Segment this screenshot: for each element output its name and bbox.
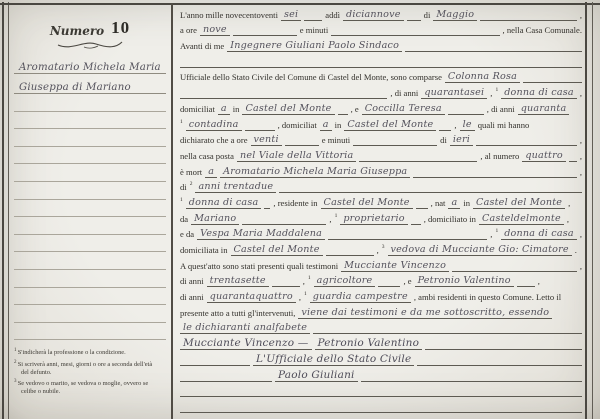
footnote-ref: 3 xyxy=(382,244,385,250)
handwritten-text: quarantasei xyxy=(421,87,487,99)
margin-blank-rule xyxy=(14,129,166,147)
handwritten-text: quarantaquattro xyxy=(207,291,296,303)
handwritten-text: Maggio xyxy=(433,9,477,21)
printed-text: , e xyxy=(351,104,359,115)
printed-text: quali mi hanno xyxy=(478,120,530,131)
handwritten-text: Castel del Monte xyxy=(242,103,334,115)
footnote-ref: 2 xyxy=(190,181,193,187)
printed-text: , xyxy=(490,229,492,240)
printed-text: , ambi residenti in questo Comune. Letto… xyxy=(414,292,561,303)
printed-text: Ufficiale dello Stato Civile del Comune … xyxy=(180,72,442,83)
handwritten-text: donna di casa xyxy=(501,87,577,99)
blank-field-line xyxy=(417,353,582,366)
printed-text: presente atto a tutti gl'intervenuti, xyxy=(180,308,295,319)
act-line: , di anniquarantasei,1donna di casa, xyxy=(180,83,582,99)
death-register-page: Numero 10 Aromatario Michela MariaGiusep… xyxy=(0,0,600,419)
act-line: e daVespa Maria Maddalena,1donna di casa… xyxy=(180,225,582,241)
margin-blank-rule xyxy=(14,200,166,218)
margin-blank-rule xyxy=(14,270,166,288)
printed-text: di xyxy=(440,135,447,146)
blank-field-line xyxy=(452,259,577,272)
blank-field-line xyxy=(413,165,577,178)
handwritten-text: sei xyxy=(281,9,301,21)
act-line: Avanti di meIngegnere Giuliani Paolo Sin… xyxy=(180,36,582,52)
printed-text: di anni xyxy=(180,276,204,287)
blank-field-line xyxy=(264,196,270,209)
margin-blank-rule xyxy=(14,112,166,130)
act-line: L'Ufficiale dello Stato Civile xyxy=(180,350,582,366)
act-line: nella casa postanel Viale della Vittoria… xyxy=(180,146,582,162)
handwritten-text: Mariano xyxy=(191,213,239,225)
handwritten-text: donna di casa xyxy=(501,228,577,240)
printed-text: da xyxy=(180,214,188,225)
handwritten-text: Mucciante Vincenzo — xyxy=(180,338,312,350)
printed-text: , xyxy=(329,214,331,225)
blank-field-line xyxy=(285,133,319,146)
act-number-header: Numero 10 xyxy=(14,8,166,38)
footnote: 1 S'indicherà la professione o la condiz… xyxy=(14,347,160,357)
act-line xyxy=(180,382,582,398)
footnotes: 1 S'indicherà la professione o la condiz… xyxy=(14,347,166,395)
margin-blank-rule xyxy=(14,164,166,182)
printed-text: A quest'atto sono stati presenti quali t… xyxy=(180,261,338,272)
act-line: L'anno mille novecentoventiseiaddìdician… xyxy=(180,5,582,21)
margin-name-line: Aromatario Michela Maria xyxy=(14,54,166,74)
act-line: A quest'atto sono stati presenti quali t… xyxy=(180,256,582,272)
margin-blank-rule xyxy=(14,235,166,253)
act-line: 1donna di casa, residente inCastel del M… xyxy=(180,193,582,209)
handwritten-text: proprietario xyxy=(340,213,407,225)
printed-text: , nella Casa Comunale. xyxy=(503,25,582,36)
printed-text: e da xyxy=(180,229,194,240)
handwritten-text: L'Ufficiale dello Stato Civile xyxy=(253,354,414,366)
act-line: domiciliata inCastel del Monte,3vedova d… xyxy=(180,240,582,256)
page-border-right-inner xyxy=(585,2,587,419)
printed-text: , xyxy=(580,135,582,146)
blank-field-line xyxy=(180,384,582,397)
printed-text: e minuti xyxy=(322,135,350,146)
printed-text: di anni xyxy=(180,292,204,303)
printed-text: nella casa posta xyxy=(180,151,234,162)
handwritten-text: viene dai testimoni e da me sottoscritto… xyxy=(298,307,552,319)
handwritten-text: Paolo Giuliani xyxy=(275,370,358,382)
printed-text: , xyxy=(580,167,582,178)
footnote-ref: 1 xyxy=(495,228,498,234)
printed-text: , nat xyxy=(431,198,446,209)
handwritten-text: donna di casa xyxy=(186,197,262,209)
blank-field-line xyxy=(180,86,387,99)
margin-blank-rule xyxy=(14,182,166,200)
printed-text: in xyxy=(335,120,342,131)
handwritten-text: Castel del Monte xyxy=(321,197,413,209)
margin-blank-rule xyxy=(14,147,166,165)
blank-field-line xyxy=(279,180,582,193)
printed-text: . xyxy=(575,245,577,256)
margin-blank-rule xyxy=(14,217,166,235)
handwritten-text: a xyxy=(218,103,230,115)
footnote-text: Si scriverà anni, mesi, giorni o ore a s… xyxy=(18,361,152,376)
blank-field-line xyxy=(180,400,582,413)
act-line: di anniquarantaquattro,1guardia campestr… xyxy=(180,287,582,303)
blank-field-line xyxy=(180,353,250,366)
act-line: domiciliatainCastel del Monte, eCoccilla… xyxy=(180,99,582,115)
act-line: a orenovee minuti, nella Casa Comunale. xyxy=(180,21,582,37)
footnote-ref: 1 xyxy=(180,197,183,203)
blank-field-line xyxy=(407,8,421,21)
blank-field-line xyxy=(361,369,582,382)
numero-value: 10 xyxy=(111,18,130,38)
handwritten-text: trentasette xyxy=(207,275,269,287)
act-line xyxy=(180,397,582,413)
handwritten-text: Castel del Monte xyxy=(231,244,323,256)
handwritten-text: vedova di Mucciante Gio: Cimatore xyxy=(388,244,572,256)
printed-text: , xyxy=(580,88,582,99)
blank-field-line xyxy=(359,149,477,162)
blank-field-line xyxy=(416,196,428,209)
handwritten-text: guardia campestre xyxy=(310,291,411,303)
printed-text: , xyxy=(490,88,492,99)
blank-field-line xyxy=(180,369,272,382)
handwritten-text: Colonna Rosa xyxy=(445,71,520,83)
handwritten-text: diciannove xyxy=(343,9,404,21)
footnote-ref: 1 xyxy=(308,275,311,281)
act-line: di annitrentasette,1agricoltore, ePetron… xyxy=(180,272,582,288)
printed-text: dichiarato che a ore xyxy=(180,135,248,146)
footnote: 3 Se vedovo o marito, se vedova o moglie… xyxy=(14,378,160,395)
handwritten-text: Castel del Monte xyxy=(473,197,565,209)
printed-text: , domiciliat xyxy=(278,120,317,131)
printed-text: Avanti di me xyxy=(180,41,224,52)
printed-text: a ore xyxy=(180,25,197,36)
blank-field-line xyxy=(304,8,322,21)
blank-field-line xyxy=(480,8,577,21)
blank-field-line xyxy=(411,212,421,225)
blank-field-line xyxy=(233,23,297,36)
handwritten-text: le xyxy=(460,119,475,131)
blank-field-line xyxy=(517,274,535,287)
blank-field-line xyxy=(328,227,487,240)
printed-text: domiciliata in xyxy=(180,245,228,256)
act-line: 1contadina, domiciliatainCastel del Mont… xyxy=(180,115,582,131)
blank-field-line xyxy=(425,337,582,350)
printed-text: , di anni xyxy=(487,104,515,115)
margin-blank-rule xyxy=(14,323,166,341)
printed-text: , residente in xyxy=(273,198,317,209)
printed-text: domiciliat xyxy=(180,104,215,115)
margin-blank-rule xyxy=(14,252,166,270)
printed-text: e minuti xyxy=(300,25,328,36)
handwritten-text: Casteldelmonte xyxy=(479,213,564,225)
act-line: presente atto a tutti gl'intervenuti,vie… xyxy=(180,303,582,319)
act-line: di2anni trentadue xyxy=(180,178,582,194)
printed-text: , xyxy=(454,120,456,131)
printed-text: , xyxy=(538,276,540,287)
handwritten-text: a xyxy=(448,197,460,209)
act-line: le dichiaranti analfabete xyxy=(180,319,582,335)
handwritten-text: Castel del Monte xyxy=(344,119,436,131)
printed-text: di xyxy=(180,182,187,193)
handwritten-text: quaranta xyxy=(518,103,570,115)
blank-field-line xyxy=(476,133,577,146)
act-line: daMariano,1proprietario, domiciliato inC… xyxy=(180,209,582,225)
margin-blank-lines xyxy=(14,94,166,340)
act-line: dichiarato che a oreventie minutidiieri, xyxy=(180,131,582,147)
margin-blank-rule xyxy=(14,94,166,112)
margin-blank-rule xyxy=(14,305,166,323)
act-line: Mucciante Vincenzo —Petronio Valentino xyxy=(180,334,582,350)
footnote-ref: 1 xyxy=(335,213,338,219)
act-line: Ufficiale dello Stato Civile del Comune … xyxy=(180,68,582,84)
margin-name-lines: Aromatario Michela MariaGiuseppa di Mari… xyxy=(14,54,166,94)
footnote-text: S'indicherà la professione o la condizio… xyxy=(18,349,126,356)
blank-field-line xyxy=(180,55,582,68)
blank-field-line xyxy=(448,102,484,115)
handwritten-text: contadina xyxy=(186,119,242,131)
page-border-left-inner xyxy=(8,2,9,419)
handwritten-text: venti xyxy=(251,134,282,146)
printed-text: , domiciliato in xyxy=(424,214,476,225)
blank-field-line xyxy=(405,39,582,52)
printed-text: in xyxy=(463,198,470,209)
blank-field-line xyxy=(272,274,300,287)
printed-text: , xyxy=(580,10,582,21)
blank-field-line xyxy=(326,243,374,256)
footnote-ref: 1 xyxy=(495,87,498,93)
printed-text: , xyxy=(303,276,305,287)
blank-field-line xyxy=(331,23,499,36)
handwritten-text: ieri xyxy=(450,134,473,146)
printed-text: , xyxy=(580,229,582,240)
printed-text: in xyxy=(233,104,240,115)
handwritten-text: Coccilla Teresa xyxy=(362,103,445,115)
margin-blank-rule xyxy=(14,288,166,306)
blank-field-line xyxy=(242,212,326,225)
handwritten-text: nel Viale della Vittoria xyxy=(237,150,357,162)
handwritten-text: quattro xyxy=(522,150,566,162)
handwritten-text: Petronio Valentino xyxy=(415,275,514,287)
handwritten-text: nove xyxy=(200,24,230,36)
handwritten-text: Petronio Valentino xyxy=(315,338,423,350)
printed-text: , xyxy=(580,261,582,272)
page-border-right-outer xyxy=(592,2,593,419)
blank-field-line xyxy=(353,133,437,146)
blank-field-line xyxy=(569,149,577,162)
printed-text: , xyxy=(568,198,570,209)
blank-field-line xyxy=(313,321,582,334)
page-border-left-outer xyxy=(2,2,4,419)
handwritten-text: a xyxy=(205,166,217,178)
footnote-text: Se vedovo o marito, se vedova o moglie, … xyxy=(18,380,148,395)
footnote-ref: 1 xyxy=(180,119,183,125)
handwritten-text: Aromatario Michela Maria xyxy=(16,62,164,73)
blank-field-line xyxy=(245,118,275,131)
handwritten-text: Aromatario Michela Maria Giuseppa xyxy=(220,166,410,178)
handwritten-text: Vespa Maria Maddalena xyxy=(197,228,325,240)
footnote-ref: 1 xyxy=(304,291,307,297)
handwritten-text: Mucciante Vincenzo xyxy=(341,260,449,272)
handwritten-text: a xyxy=(320,119,332,131)
act-line: è mortaAromatario Michela Maria Giuseppa… xyxy=(180,162,582,178)
printed-text: , xyxy=(299,292,301,303)
margin-column: Numero 10 Aromatario Michela MariaGiusep… xyxy=(14,8,166,398)
margin-name-line: Giuseppa di Mariano xyxy=(14,74,166,94)
printed-text: è mort xyxy=(180,167,202,178)
printed-text: , di anni xyxy=(390,88,418,99)
printed-text: , xyxy=(567,214,569,225)
act-body: L'anno mille novecentoventiseiaddìdician… xyxy=(180,5,582,413)
margin-divider-rule xyxy=(171,3,173,419)
act-line: Paolo Giuliani xyxy=(180,366,582,382)
printed-text: L'anno mille novecentoventi xyxy=(180,10,278,21)
blank-field-line xyxy=(378,274,400,287)
flourish-ornament xyxy=(54,39,126,50)
printed-text: , xyxy=(377,245,379,256)
printed-text: , e xyxy=(403,276,411,287)
handwritten-text: le dichiaranti analfabete xyxy=(180,322,310,334)
printed-text: di xyxy=(424,10,431,21)
printed-text: , al numero xyxy=(480,151,519,162)
handwritten-text: Ingegnere Giuliani Paolo Sindaco xyxy=(227,40,402,52)
blank-field-line xyxy=(338,102,348,115)
act-line xyxy=(180,52,582,68)
printed-text: addì xyxy=(325,10,340,21)
footnote: 2 Si scriverà anni, mesi, giorni o ore a… xyxy=(14,359,160,376)
numero-label: Numero xyxy=(50,24,104,38)
handwritten-text: Giuseppa di Mariano xyxy=(16,82,134,93)
handwritten-text: anni trentadue xyxy=(195,181,276,193)
handwritten-text: agricoltore xyxy=(314,275,376,287)
blank-field-line xyxy=(439,118,451,131)
blank-field-line xyxy=(523,70,582,83)
printed-text: , xyxy=(580,151,582,162)
